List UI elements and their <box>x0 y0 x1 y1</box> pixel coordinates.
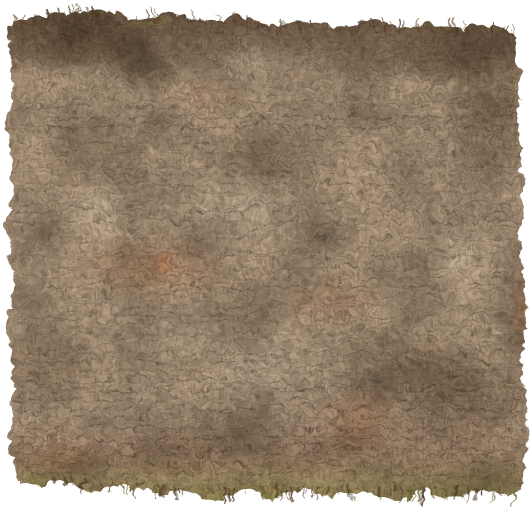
top-fray-tuft <box>73 5 74 13</box>
bottom-fray-tuft <box>307 482 308 492</box>
bottom-fray-tuft <box>158 482 159 488</box>
light-stain <box>168 159 312 251</box>
dark-stain <box>382 20 522 84</box>
light-stain <box>49 171 141 239</box>
top-fray-tuft <box>132 11 133 18</box>
top-fray-tuft <box>217 16 218 23</box>
light-stain <box>422 198 502 302</box>
top-fray-tuft <box>85 8 86 14</box>
bottom-fray-tuft <box>225 486 226 497</box>
top-fray-tuft <box>153 7 154 19</box>
top-fray-tuft <box>257 19 258 25</box>
top-fray-tuft <box>341 23 342 28</box>
top-fray-tuft <box>280 15 281 27</box>
top-fray-tuft <box>424 24 425 27</box>
top-fray-tuft <box>75 4 76 14</box>
top-fray-tuft <box>223 16 224 23</box>
rust-stain <box>310 378 402 462</box>
bottom-fray-tuft <box>385 485 386 492</box>
top-fray-tuft <box>86 3 87 15</box>
bottom-fray-tuft <box>304 482 305 485</box>
top-fray-tuft <box>251 17 252 25</box>
dark-stain <box>115 419 255 475</box>
top-fray-tuft <box>278 18 279 26</box>
top-fray-tuft <box>149 6 150 19</box>
light-stain <box>195 40 315 80</box>
top-fray-tuft <box>366 22 367 27</box>
bottom-fray-tuft <box>61 476 62 479</box>
top-fray-tuft <box>93 7 94 15</box>
bottom-fray-tuft <box>80 477 81 491</box>
top-fray-tuft <box>236 20 237 24</box>
fabric-scrap <box>0 0 530 512</box>
bottom-fray-tuft <box>488 486 489 499</box>
bottom-fray-tuft <box>216 485 218 488</box>
bottom-fray-tuft <box>159 482 160 494</box>
top-fray-tuft <box>65 3 66 13</box>
top-fray-tuft <box>91 3 92 15</box>
bottom-fray-tuft <box>419 486 420 500</box>
bottom-fray-tuft <box>287 483 288 497</box>
rust-stain <box>16 431 108 479</box>
bottom-fray-tuft <box>178 484 179 491</box>
bottom-fray-tuft <box>490 486 491 500</box>
top-fray-tuft <box>262 21 263 26</box>
top-fray-tuft <box>196 16 197 22</box>
aged-fabric-photo <box>0 0 530 522</box>
bottom-fray-tuft <box>271 484 272 488</box>
top-fray-tuft <box>143 9 144 18</box>
top-fray-tuft <box>188 16 190 21</box>
top-fray-tuft <box>263 20 264 25</box>
bottom-fray-tuft <box>49 476 50 483</box>
bottom-fray-tuft <box>411 486 412 497</box>
bottom-fray-tuft <box>60 476 61 482</box>
bottom-fray-tuft <box>415 486 416 496</box>
bottom-fray-tuft <box>139 480 140 484</box>
top-fray-tuft <box>194 15 195 22</box>
top-fray-tuft <box>399 17 400 27</box>
bottom-fray-tuft <box>108 478 109 487</box>
bottom-fray-tuft <box>259 485 260 495</box>
top-fray-tuft <box>427 20 428 27</box>
bottom-fray-tuft <box>284 483 285 495</box>
bottom-fray-tuft <box>135 480 136 485</box>
top-fray-tuft <box>98 7 99 15</box>
rust-stain <box>277 270 387 330</box>
bottom-fray-tuft <box>98 477 99 486</box>
top-fray-tuft <box>401 23 402 26</box>
fabric-illustration <box>0 0 530 522</box>
